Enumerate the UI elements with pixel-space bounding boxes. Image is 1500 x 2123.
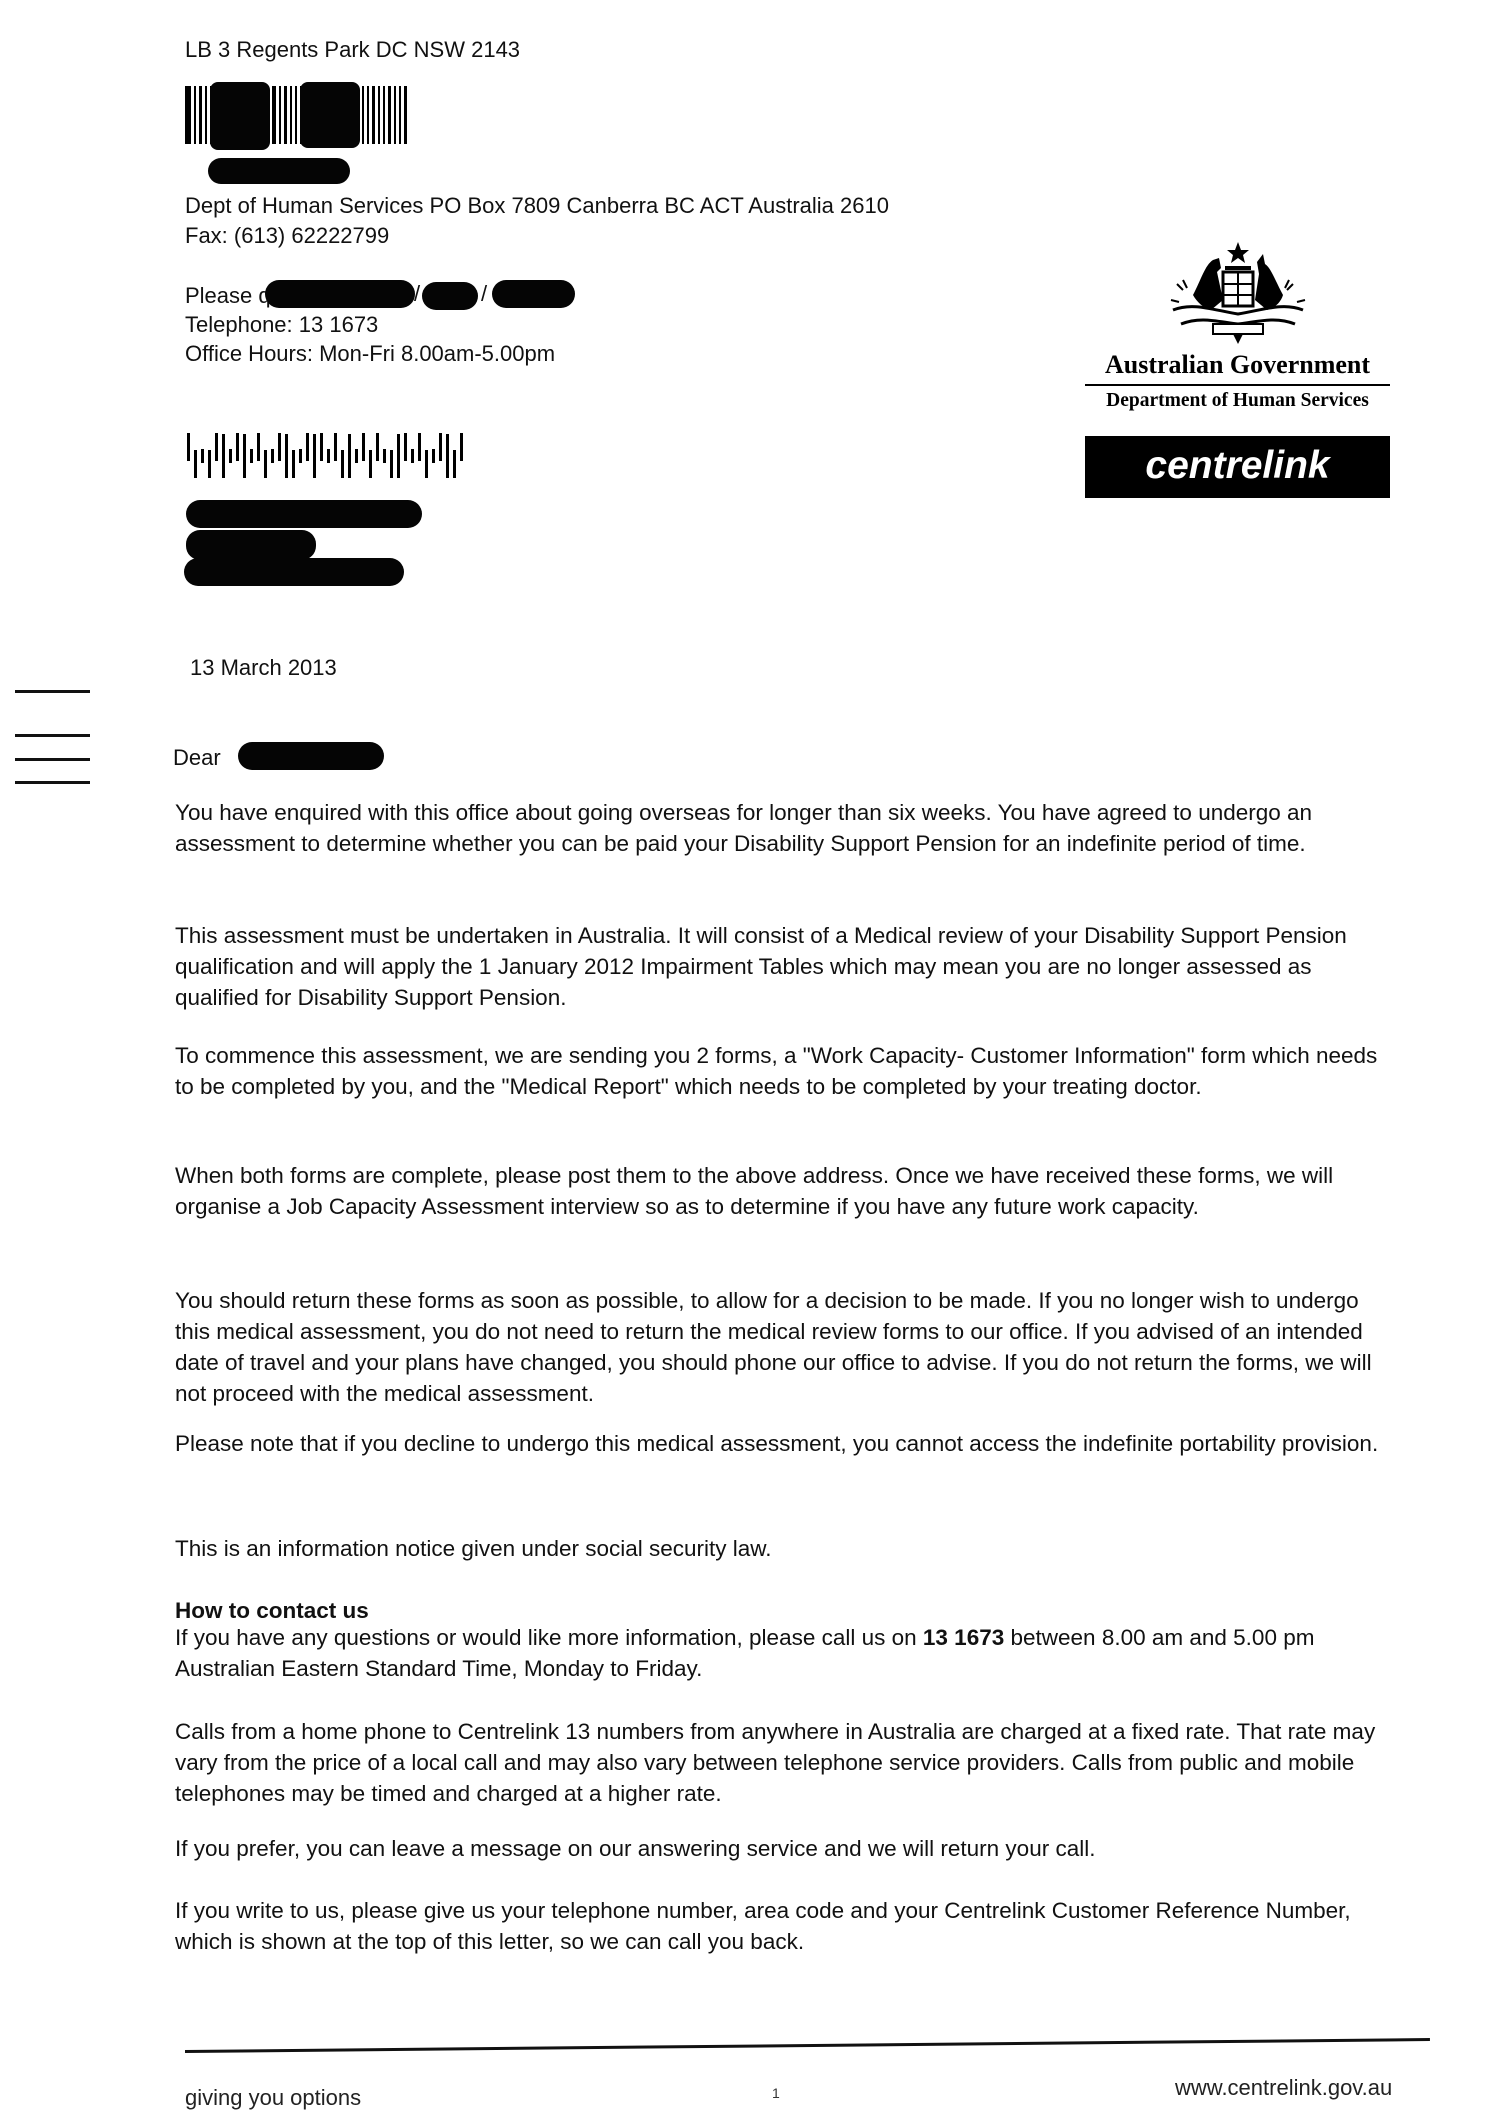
telephone: Telephone: 13 1673 bbox=[185, 311, 378, 339]
office-hours: Office Hours: Mon-Fri 8.00am-5.00pm bbox=[185, 340, 555, 368]
quote-separator: / bbox=[481, 280, 487, 308]
footer-website[interactable]: www.centrelink.gov.au bbox=[1175, 2075, 1392, 2101]
redacted-quote-part bbox=[422, 282, 478, 310]
logo-block: Australian Government Department of Huma… bbox=[1085, 240, 1390, 498]
department-name: Department of Human Services bbox=[1085, 384, 1390, 414]
body-paragraph: When both forms are complete, please pos… bbox=[175, 1160, 1395, 1222]
body-paragraph: You should return these forms as soon as… bbox=[175, 1285, 1395, 1409]
redacted-recipient-address bbox=[184, 558, 404, 586]
contact-paragraph: If you have any questions or would like … bbox=[175, 1622, 1395, 1684]
fold-mark bbox=[15, 758, 90, 761]
redacted-quote-part bbox=[492, 280, 575, 308]
body-paragraph: To commence this assessment, we are send… bbox=[175, 1040, 1395, 1102]
dept-address: Dept of Human Services PO Box 7809 Canbe… bbox=[185, 192, 889, 220]
answering-service-paragraph: If you prefer, you can leave a message o… bbox=[175, 1833, 1395, 1864]
redacted-reference bbox=[208, 158, 350, 184]
fold-mark bbox=[15, 781, 90, 784]
body-paragraph: This is an information notice given unde… bbox=[175, 1533, 1395, 1564]
redacted-barcode-segment bbox=[210, 82, 270, 150]
government-name: Australian Government bbox=[1085, 350, 1390, 380]
redacted-recipient-address bbox=[186, 530, 316, 560]
letter-date: 13 March 2013 bbox=[190, 654, 337, 682]
salutation: Dear bbox=[173, 744, 221, 772]
contact-phone: 13 1673 bbox=[923, 1625, 1004, 1650]
quote-separator: / bbox=[414, 280, 420, 308]
redacted-crn bbox=[265, 280, 415, 308]
write-to-us-paragraph: If you write to us, please give us your … bbox=[175, 1895, 1395, 1957]
return-address: LB 3 Regents Park DC NSW 2143 bbox=[185, 36, 520, 64]
redacted-barcode-segment bbox=[300, 82, 360, 148]
fax-number: Fax: (613) 62222799 bbox=[185, 222, 389, 250]
body-paragraph: You have enquired with this office about… bbox=[175, 797, 1395, 859]
postal-barcode bbox=[187, 433, 467, 478]
body-paragraph: Please note that if you decline to under… bbox=[175, 1428, 1395, 1459]
call-charges-paragraph: Calls from a home phone to Centrelink 13… bbox=[175, 1716, 1395, 1809]
fold-mark bbox=[15, 690, 90, 693]
footer-divider bbox=[185, 2038, 1430, 2053]
fold-mark bbox=[15, 734, 90, 737]
redacted-recipient-name bbox=[186, 500, 422, 528]
centrelink-logo: centrelink bbox=[1085, 436, 1390, 498]
page-number: 1 bbox=[772, 2085, 780, 2101]
australian-coat-of-arms-icon bbox=[1163, 240, 1313, 345]
contact-text: If you have any questions or would like … bbox=[175, 1625, 923, 1650]
body-paragraph: This assessment must be undertaken in Au… bbox=[175, 920, 1395, 1013]
redacted-recipient-name bbox=[238, 742, 384, 770]
footer-tagline: giving you options bbox=[185, 2085, 361, 2111]
